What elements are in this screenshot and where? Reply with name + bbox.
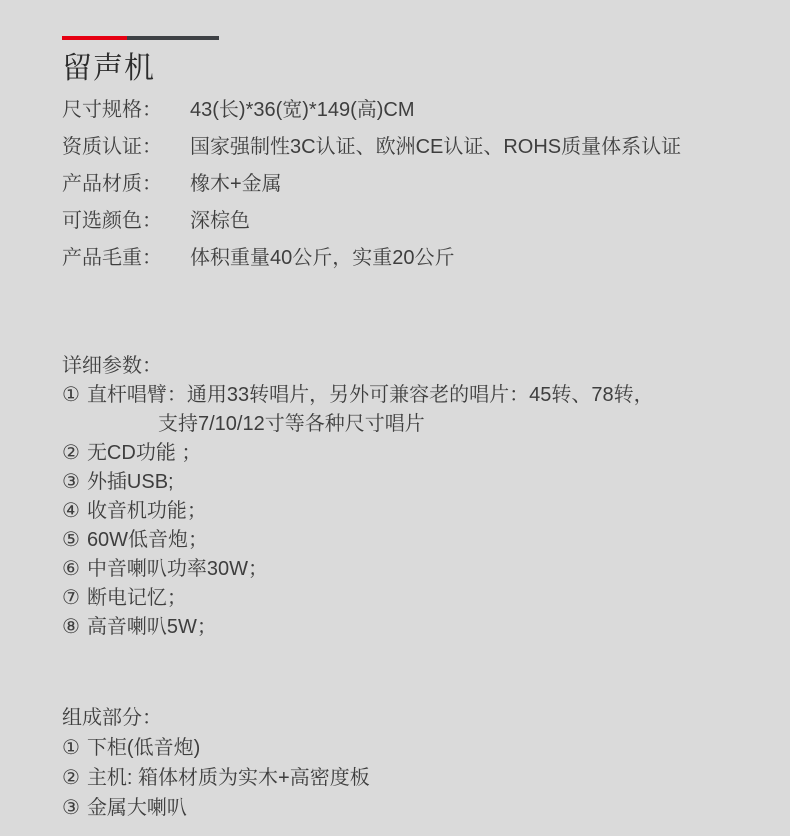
details-list: ① 直杆唱臂：通用33转唱片，另外可兼容老的唱片：45转、78转， 支持7/10… <box>62 381 750 642</box>
spec-value: 体积重量40公斤，实重20公斤 <box>190 241 455 270</box>
item-text: 断电记忆； <box>87 584 187 613</box>
spec-label: 可选颜色： <box>62 204 190 233</box>
item-text: 收音机功能； <box>87 497 207 526</box>
item-text: 下柜(低音炮) <box>87 733 200 763</box>
spec-row-weight: 产品毛重： 体积重量40公斤，实重20公斤 <box>62 237 750 274</box>
item-text: 无CD功能 ； <box>87 439 201 468</box>
item-marker: ⑥ <box>62 555 80 584</box>
components-list: ① 下柜(低音炮) ② 主机: 箱体材质为实木+高密度板 ③ 金属大喇叭 <box>62 733 750 823</box>
detail-item-tonearm: ① 直杆唱臂：通用33转唱片，另外可兼容老的唱片：45转、78转， <box>62 381 750 410</box>
page-title: 留声机 <box>62 52 750 86</box>
detail-item-tweeter: ⑧ 高音喇叭5W； <box>62 613 750 642</box>
item-text: 金属大喇叭 <box>87 793 187 823</box>
item-marker: ③ <box>62 793 80 823</box>
spec-table: 尺寸规格： 43(长)*36(宽)*149(高)CM 资质认证： 国家强制性3C… <box>62 89 750 274</box>
spec-value: 深棕色 <box>190 204 250 233</box>
item-text: 支持7/10/12寸等各种尺寸唱片 <box>158 410 425 439</box>
item-marker: ⑤ <box>62 526 80 555</box>
item-text: 中音喇叭功率30W； <box>87 555 268 584</box>
item-text: 主机: 箱体材质为实木+高密度板 <box>87 763 370 793</box>
spec-label: 尺寸规格： <box>62 93 190 122</box>
spec-label: 产品毛重： <box>62 241 190 270</box>
item-marker: ① <box>62 381 80 410</box>
component-item-lower-cabinet: ① 下柜(低音炮) <box>62 733 750 763</box>
item-marker: ⑦ <box>62 584 80 613</box>
details-heading: 详细参数： <box>62 352 750 381</box>
accent-dark-segment <box>127 36 219 40</box>
spec-label: 资质认证： <box>62 130 190 159</box>
detail-item-no-cd: ② 无CD功能 ； <box>62 439 750 468</box>
spec-label: 产品材质： <box>62 167 190 196</box>
item-text: 高音喇叭5W； <box>87 613 217 642</box>
detail-item-radio: ④ 收音机功能； <box>62 497 750 526</box>
item-marker: ② <box>62 763 80 793</box>
spec-row-dimensions: 尺寸规格： 43(长)*36(宽)*149(高)CM <box>62 89 750 126</box>
detail-item-midrange: ⑥ 中音喇叭功率30W； <box>62 555 750 584</box>
spec-row-color: 可选颜色： 深棕色 <box>62 200 750 237</box>
item-marker: ④ <box>62 497 80 526</box>
item-marker: ③ <box>62 468 80 497</box>
detail-item-usb: ③ 外插USB; <box>62 468 750 497</box>
spec-row-certifications: 资质认证： 国家强制性3C认证、欧洲CE认证、ROHS质量体系认证 <box>62 126 750 163</box>
detail-item-tonearm-continuation: 支持7/10/12寸等各种尺寸唱片 <box>62 410 750 439</box>
detail-item-subwoofer: ⑤ 60W低音炮； <box>62 526 750 555</box>
component-item-metal-horn: ③ 金属大喇叭 <box>62 793 750 823</box>
item-marker: ⑧ <box>62 613 80 642</box>
spec-value: 43(长)*36(宽)*149(高)CM <box>190 93 415 122</box>
item-text: 直杆唱臂：通用33转唱片，另外可兼容老的唱片：45转、78转， <box>87 381 654 410</box>
components-heading: 组成部分： <box>62 703 750 733</box>
item-text: 60W低音炮； <box>87 526 208 555</box>
item-text: 外插USB; <box>87 468 174 497</box>
item-marker: ② <box>62 439 80 468</box>
spec-value: 橡木+金属 <box>190 167 282 196</box>
component-item-main-unit: ② 主机: 箱体材质为实木+高密度板 <box>62 763 750 793</box>
accent-red-segment <box>62 36 127 40</box>
item-marker: ① <box>62 733 80 763</box>
product-spec-page: 留声机 尺寸规格： 43(长)*36(宽)*149(高)CM 资质认证： 国家强… <box>0 0 790 836</box>
spec-row-material: 产品材质： 橡木+金属 <box>62 163 750 200</box>
detail-item-power-memory: ⑦ 断电记忆； <box>62 584 750 613</box>
accent-divider-line <box>62 36 219 40</box>
spec-value: 国家强制性3C认证、欧洲CE认证、ROHS质量体系认证 <box>190 130 681 159</box>
